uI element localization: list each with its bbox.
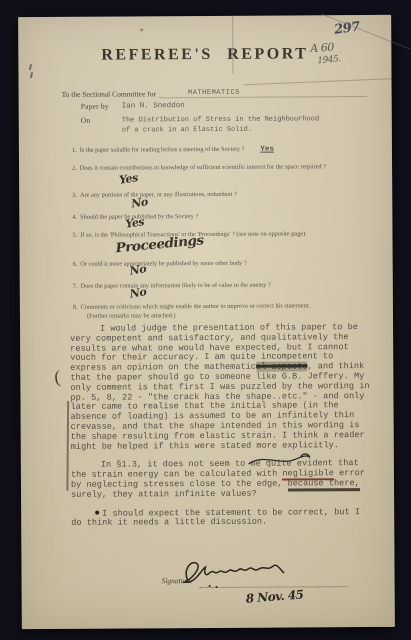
question-text: Does the paper contain any information l…: [80, 282, 270, 290]
crease-line-top: [244, 78, 392, 85]
question-1: 1.Is the paper suitable for reading befo…: [72, 145, 390, 155]
on-label: On: [81, 116, 91, 125]
question-number: 4.: [72, 214, 77, 221]
paper-by-label: Paper by: [81, 102, 109, 111]
margin-tick-mark: [30, 72, 33, 78]
paper-by-value: Ian N. Sneddon: [122, 101, 185, 111]
question-8: 8.Comments or criticisms which might ena…: [73, 302, 391, 321]
scanned-document-photo: 297 A 60 1945. REFEREE'S REPORT To the S…: [0, 0, 411, 640]
question-text: Is the paper suitable for reading before…: [80, 146, 245, 154]
question-number: 6.: [73, 261, 78, 268]
pen-swoosh-mark: [247, 451, 313, 467]
question-number: 7.: [73, 283, 78, 290]
question-text: Comments or criticisms which might enabl…: [81, 302, 310, 310]
margin-pen-line: [66, 401, 68, 491]
question-4: 4.Should the paper be published by the S…: [72, 212, 390, 222]
body-paragraph-3: I should expect the statement to be corr…: [71, 508, 371, 529]
question-6: 6.Or could it more appropriately be publ…: [73, 259, 391, 269]
paragraph-text: , and think that the paper should go to …: [70, 361, 369, 451]
question-note: (Further remarks may be attached.): [87, 310, 391, 320]
handwritten-answer-q4: Yes: [125, 215, 145, 231]
margin-bracket-mark: (: [53, 367, 61, 389]
body-paragraph-2: In §1.3, it does not seem to me quite ev…: [71, 459, 371, 500]
question-text: Or could it more appropriately be publis…: [80, 260, 246, 268]
paragraph-text: I should expect the statement to be corr…: [71, 507, 360, 529]
body-paragraph-1: I would judge the presentation of this p…: [70, 323, 371, 452]
struck-out-text: al aspects: [256, 362, 308, 372]
question-number: 3.: [72, 192, 77, 199]
question-text: Does it contain contributions to knowled…: [80, 163, 326, 172]
question-7: 7.Does the paper contain any information…: [73, 281, 391, 291]
report-page: 297 A 60 1945. REFEREE'S REPORT To the S…: [18, 15, 395, 629]
question-2: 2.Does it contain contributions to knowl…: [72, 163, 390, 173]
question-number: 5.: [72, 232, 77, 239]
committee-row: To the Sectional Committee for MATHEMATI…: [62, 85, 367, 99]
handwritten-answer-q7: No: [129, 285, 147, 300]
question-number: 8.: [73, 304, 78, 311]
committee-dotted-line: MATHEMATICS: [160, 85, 367, 98]
paper-title-line2: of a crack in an Elastic Solid.: [122, 125, 252, 136]
question-text: Are any portions of the paper, or any il…: [80, 191, 237, 199]
corner-number-annotation: 297: [333, 20, 360, 38]
paper-speck: [140, 28, 143, 31]
typed-answer-q1: Yes: [260, 146, 274, 154]
ink-dot-mark: [95, 510, 99, 514]
committee-label: To the Sectional Committee for: [62, 89, 157, 99]
question-number: 1.: [72, 147, 77, 154]
question-5: 5.If so, is the 'Philosophical Transacti…: [72, 230, 390, 240]
signature-scrawl: [179, 555, 294, 590]
paragraph-text: surely, they attain infinite values?: [71, 488, 257, 499]
page-title: REFEREE'S REPORT: [18, 45, 391, 65]
question-3: 3.Are any portions of the paper, or any …: [72, 190, 390, 200]
handwritten-date: 8 Nov. 45: [245, 587, 304, 605]
handwritten-answer-q2: Yes: [118, 171, 138, 187]
handwritten-answer-q6: No: [129, 262, 147, 277]
committee-value: MATHEMATICS: [188, 89, 240, 97]
handwritten-answer-q3: No: [130, 195, 148, 210]
ink-underlined-words: because there,: [288, 478, 360, 491]
referee-comments: I would judge the presentation of this p…: [70, 323, 371, 529]
paper-title-line1: The Distribution of Stress in the Neighb…: [122, 114, 319, 125]
question-number: 2.: [72, 165, 77, 172]
